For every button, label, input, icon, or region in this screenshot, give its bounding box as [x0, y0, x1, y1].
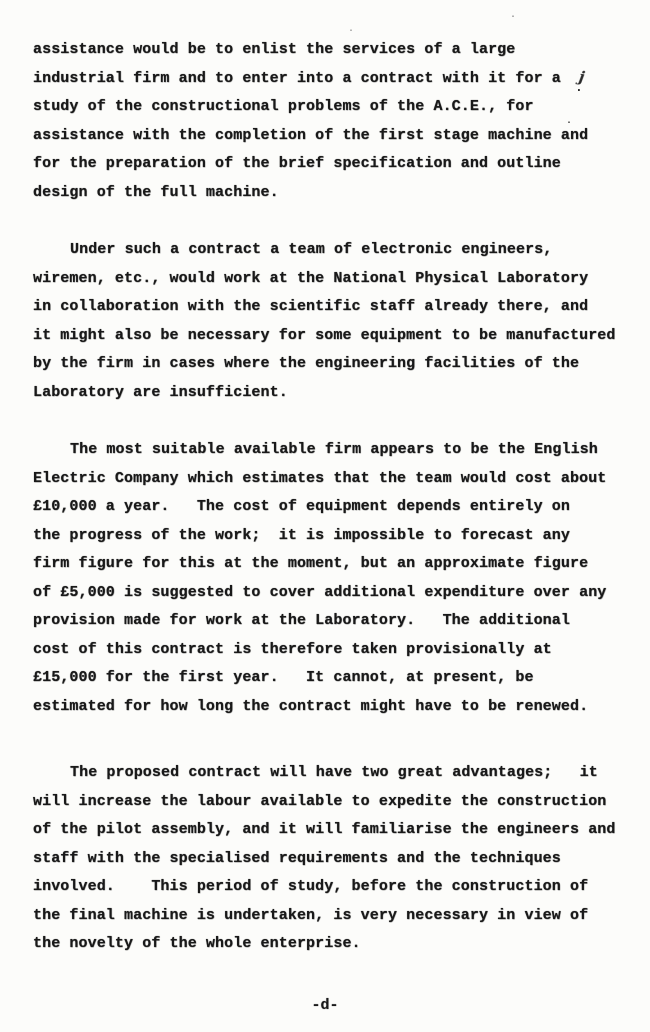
text-line: involved. This period of study, before t…	[33, 873, 623, 902]
text-line: will increase the labour available to ex…	[33, 788, 623, 817]
text-line: The most suitable available firm appears…	[33, 436, 623, 465]
text-line: study of the constructional problems of …	[33, 93, 623, 122]
text-line: the novelty of the whole enterprise.	[33, 930, 623, 959]
text-line: staff with the specialised requirements …	[33, 845, 623, 874]
paragraph: The most suitable available firm appears…	[33, 436, 623, 721]
text-line: assistance with the completion of the fi…	[33, 122, 623, 151]
text-line: it might also be necessary for some equi…	[33, 322, 623, 351]
text-line: Electric Company which estimates that th…	[33, 465, 623, 494]
scan-speck: ·	[510, 12, 516, 23]
text-line: assistance would be to enlist the servic…	[33, 36, 623, 65]
text-line: £10,000 a year. The cost of equipment de…	[33, 493, 623, 522]
text-line: of the pilot assembly, and it will famil…	[33, 816, 623, 845]
text-line: for the preparation of the brief specifi…	[33, 150, 623, 179]
page-number: -d-	[285, 992, 365, 1020]
text-line: estimated for how long the contract migh…	[33, 693, 623, 722]
text-line: Under such a contract a team of electron…	[33, 236, 623, 265]
paragraph: The proposed contract will have two grea…	[33, 759, 623, 959]
text-line: provision made for work at the Laborator…	[33, 607, 623, 636]
document-body: assistance would be to enlist the servic…	[33, 36, 623, 959]
text-line: wiremen, etc., would work at the Nationa…	[33, 265, 623, 294]
paragraph: Under such a contract a team of electron…	[33, 236, 623, 407]
text-line: industrial firm and to enter into a cont…	[33, 65, 623, 94]
text-line: Laboratory are insufficient.	[33, 379, 623, 408]
text-line: of £5,000 is suggested to cover addition…	[33, 579, 623, 608]
text-line: £15,000 for the first year. It cannot, a…	[33, 664, 623, 693]
text-line: cost of this contract is therefore taken…	[33, 636, 623, 665]
text-line: in collaboration with the scientific sta…	[33, 293, 623, 322]
text-line: design of the full machine.	[33, 179, 623, 208]
paragraph: assistance would be to enlist the servic…	[33, 36, 623, 207]
text-line: the progress of the work; it is impossib…	[33, 522, 623, 551]
scanned-document-page: j . · · · assistance would be to enlist …	[0, 0, 650, 1032]
text-line: by the firm in cases where the engineeri…	[33, 350, 623, 379]
text-line: firm figure for this at the moment, but …	[33, 550, 623, 579]
text-line: the final machine is undertaken, is very…	[33, 902, 623, 931]
text-line: The proposed contract will have two grea…	[33, 759, 623, 788]
